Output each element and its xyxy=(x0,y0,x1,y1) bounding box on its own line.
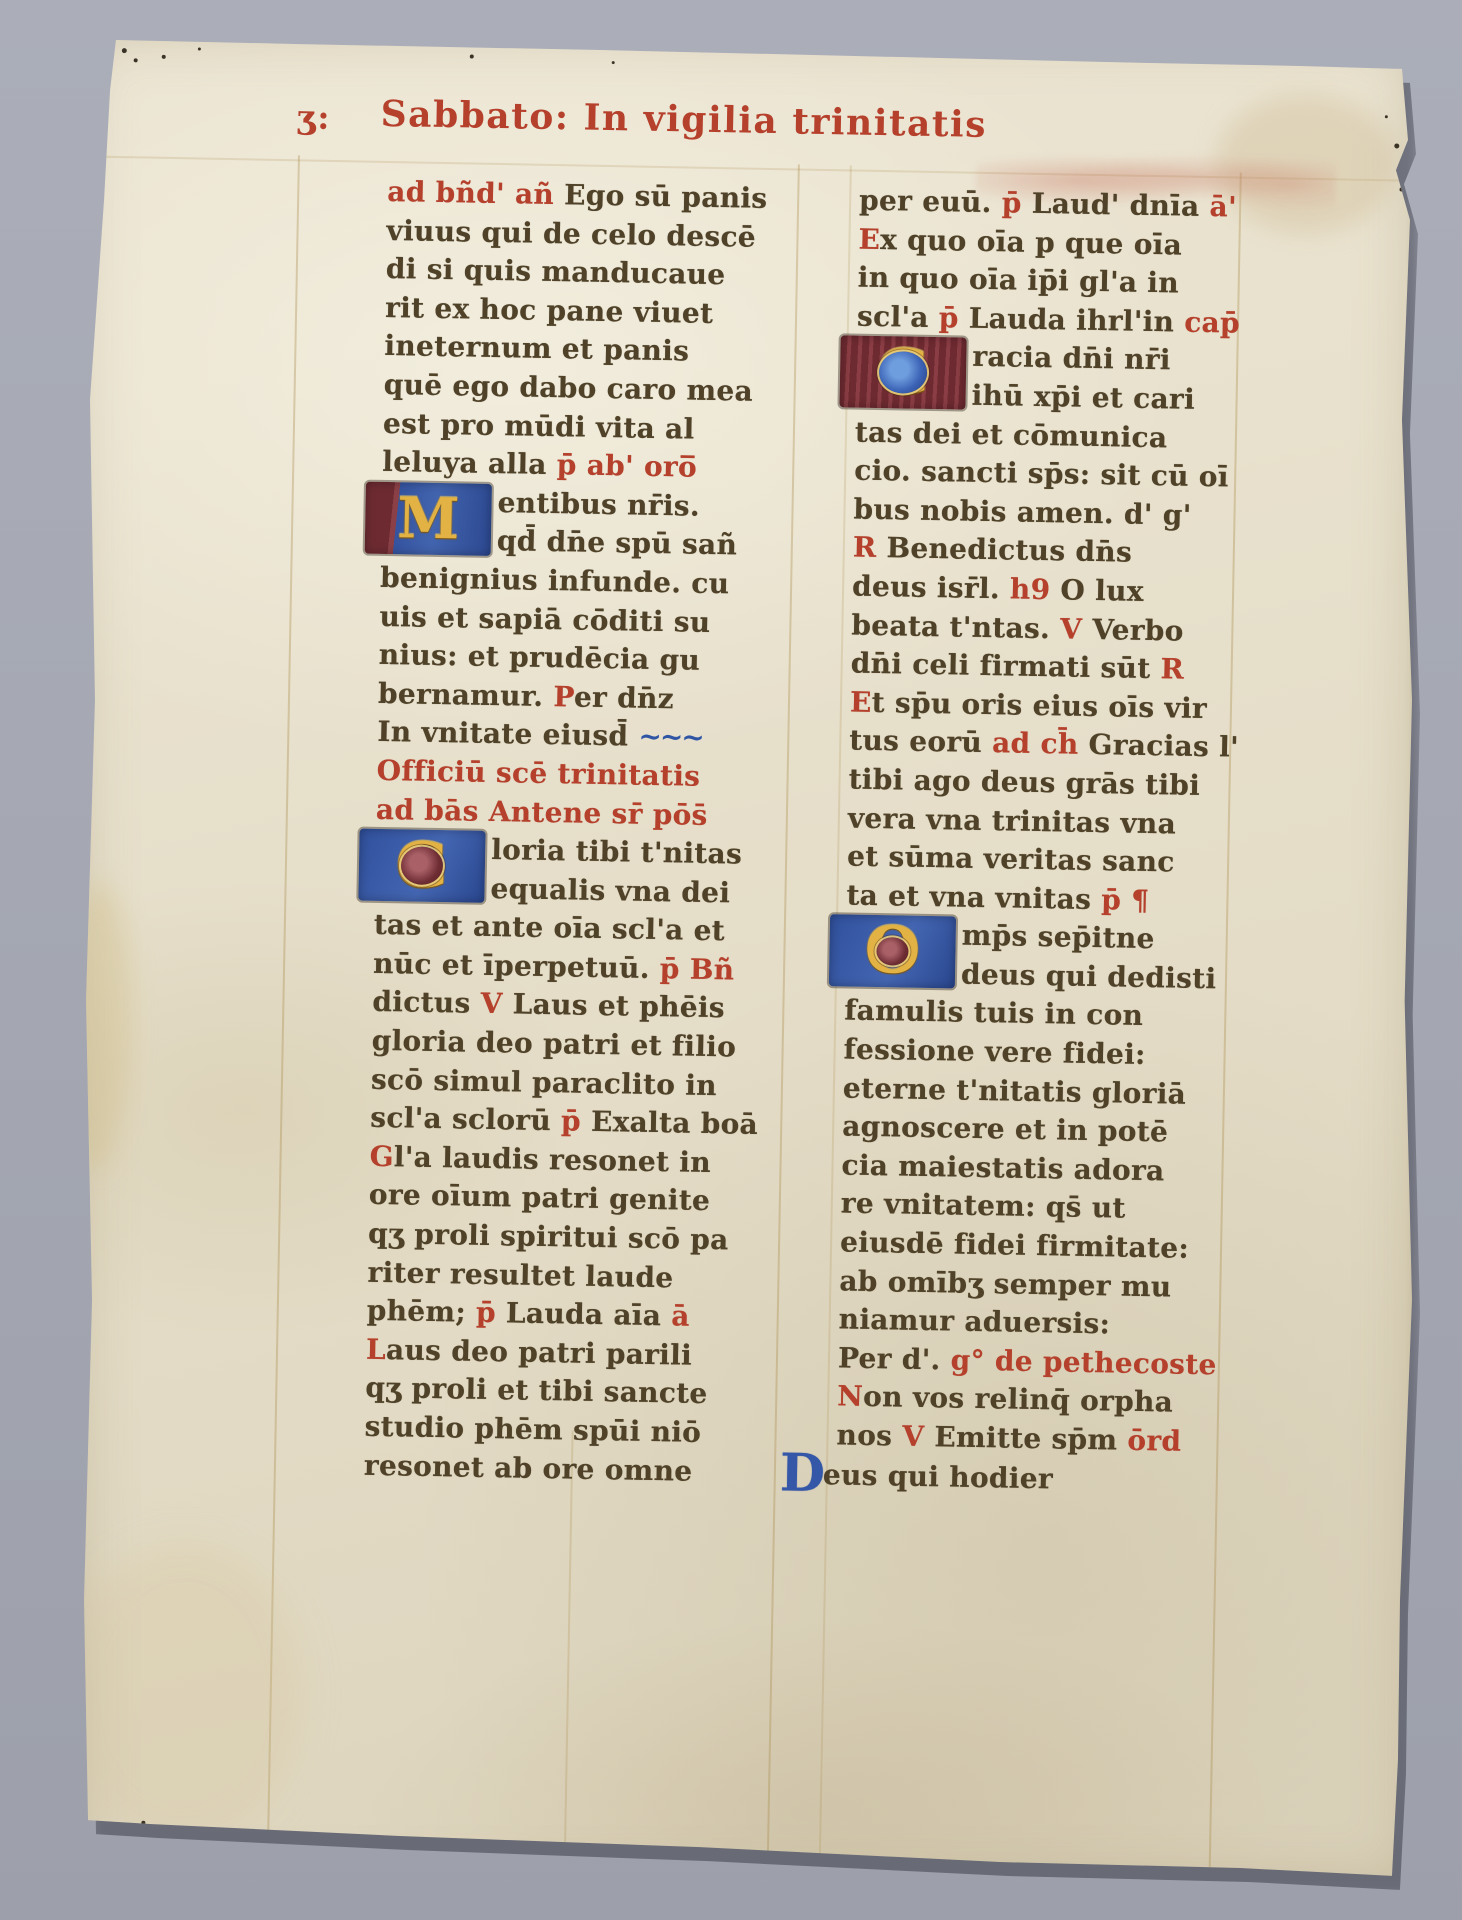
text-segment: gloria deo patri et filio xyxy=(371,1024,736,1064)
text-segment: D xyxy=(779,1442,823,1504)
text-segment: vera vna trinitas vna xyxy=(848,801,1177,840)
text-segment: bus nobis amen. d' g' xyxy=(853,492,1192,531)
text-line: cia maiestatis adora xyxy=(841,1146,1206,1191)
text-segment: cap̄ xyxy=(1184,305,1240,339)
text-segment: dictus xyxy=(372,985,481,1020)
edge-speck xyxy=(162,55,166,59)
text-column-left: ad bñd' añ Ego sū panisviuus qui de celo… xyxy=(364,173,812,1493)
text-segment: ~~~ xyxy=(638,720,703,754)
text-segment: Ego sū panis xyxy=(564,178,768,215)
text-segment: deus isr̄l. xyxy=(852,569,1010,605)
text-line: re vnitatem: qs̄ ut xyxy=(840,1185,1205,1230)
text-segment: scl'a sclorū xyxy=(370,1101,561,1137)
text-column-right: per euū. p̄ Laud' dnīa ā'Ex quo oīa p qu… xyxy=(836,182,1224,1501)
text-segment: L xyxy=(366,1333,387,1366)
text-segment: tas et ante oīa scl'a et xyxy=(374,908,726,947)
text-line: ihū xp̄i et cari xyxy=(855,375,1220,420)
text-line: Ex quo oīa p que oīa xyxy=(858,220,1223,265)
edge-speck xyxy=(80,699,83,702)
text-segment: qʒ proli et tibi sancte xyxy=(365,1371,708,1410)
text-segment: Per d'. xyxy=(838,1341,951,1376)
text-segment: entibus nr̄is. xyxy=(497,486,700,523)
text-segment: ad bñd' añ xyxy=(387,175,564,211)
text-line: in quo oīa ip̄i gl'a in xyxy=(857,259,1222,304)
text-segment: beata t'ntas. xyxy=(851,608,1060,645)
text-line: eiusdē fidei firmitate: xyxy=(840,1223,1205,1268)
text-segment: er dn̄z xyxy=(574,680,675,715)
text-segment: agnoscere et in potē xyxy=(842,1110,1168,1149)
text-segment: Laus et phēis xyxy=(512,988,725,1025)
edge-speck xyxy=(1026,1885,1030,1889)
text-segment: mp̄s sep̄itne xyxy=(961,919,1154,956)
text-segment: l'a laudis resonet in xyxy=(394,1140,712,1179)
text-segment: p̄ xyxy=(476,1296,507,1330)
text-segment: h9 xyxy=(1010,572,1061,606)
edge-speck xyxy=(1394,143,1399,148)
edge-speck xyxy=(134,58,138,62)
edge-speck xyxy=(1178,1886,1182,1890)
text-segment: P xyxy=(553,680,574,713)
text-segment: quē ego dabo caro mea xyxy=(383,368,753,408)
ruling-line xyxy=(564,1431,574,1867)
text-line: nos V Emitte sp̄m ōrd xyxy=(836,1416,1201,1461)
text-segment: re vnitatem: qs̄ ut xyxy=(841,1187,1126,1225)
text-segment: scō simul paraclito in xyxy=(371,1062,717,1101)
text-segment: tus eorū xyxy=(849,724,992,760)
ruling-line xyxy=(267,155,300,1867)
text-segment: E xyxy=(858,222,880,255)
text-segment: V xyxy=(480,987,513,1021)
text-segment: ihū xp̄i et cari xyxy=(971,379,1195,416)
text-segment: E xyxy=(850,685,872,718)
text-line: agnoscere et in potē xyxy=(842,1108,1207,1153)
text-line: beata t'ntas. V Verbo xyxy=(851,606,1216,651)
text-segment: R xyxy=(1160,652,1184,685)
text-segment: riter resultet laude xyxy=(367,1255,673,1294)
text-segment: Verbo xyxy=(1092,612,1184,647)
text-segment: In vnitate eiusd̄ xyxy=(377,715,639,753)
text-segment: ōrd xyxy=(1127,1424,1182,1458)
text-segment: fessione vere fidei: xyxy=(843,1033,1146,1072)
text-segment: ad ch̄ xyxy=(992,726,1089,761)
text-segment: phēm; xyxy=(366,1294,476,1329)
text-segment: loria tibi t'nitas xyxy=(491,833,742,871)
text-segment: p̄ xyxy=(939,301,970,335)
edge-speck xyxy=(1385,115,1388,118)
text-line: deus qui dedisti xyxy=(845,953,1210,998)
text-segment: leluya alla xyxy=(382,445,557,481)
text-segment: di si quis manducaue xyxy=(386,252,726,291)
text-segment: eiusdē fidei firmitate: xyxy=(840,1225,1189,1264)
text-segment: deus qui dedisti xyxy=(961,957,1217,995)
text-segment: est pro mūdi vita al xyxy=(383,406,695,445)
text-segment: tas dei et cōmunica xyxy=(855,415,1168,454)
text-segment: ore oīum patri genite xyxy=(369,1178,711,1217)
edge-speck xyxy=(612,61,615,64)
edge-speck xyxy=(94,256,98,260)
text-segment: niamur aduersis: xyxy=(838,1303,1110,1341)
text-segment: on vos relinq̄ orpha xyxy=(863,1380,1174,1419)
text-segment: p̄ Bñ xyxy=(660,952,735,986)
text-line: Deus qui hodier xyxy=(836,1455,1201,1500)
text-segment: g° de pethecoste xyxy=(950,1343,1217,1381)
text-segment: in quo oīa ip̄i gl'a in xyxy=(858,261,1180,300)
text-segment: qd̄ dn̄e spū sañ xyxy=(497,524,738,561)
text-segment: nius: et prudēcia gu xyxy=(379,638,701,677)
text-line: cio. sancti sp̄s: sit cū oī xyxy=(854,452,1219,497)
text-segment: Lauda aīa xyxy=(506,1297,672,1333)
text-segment: Lauda ihrl'in xyxy=(968,301,1184,338)
text-segment: p̄ xyxy=(1002,186,1033,220)
text-segment: ā xyxy=(671,1300,690,1333)
text-line: famulis tuis in con xyxy=(844,992,1209,1037)
text-line: eterne t'nitatis gloriā xyxy=(843,1069,1208,1114)
text-line: tus eorū ad ch̄ Gracias l' xyxy=(849,722,1214,767)
text-segment: cio. sancti sp̄s: sit cū oī xyxy=(854,454,1229,494)
text-line: niamur aduersis: xyxy=(838,1301,1203,1346)
text-segment: ab omībʒ semper mu xyxy=(839,1264,1172,1303)
text-segment: aus deo patri parili xyxy=(386,1333,693,1372)
text-segment: O lux xyxy=(1060,573,1144,608)
manuscript-leaf: ʒ: Sabbato: In vigilia trinitatis ad bñd… xyxy=(78,32,1414,1888)
text-segment: Benedictus dn̄s xyxy=(886,532,1132,569)
text-segment: benignius infunde. cu xyxy=(380,561,730,600)
edge-speck xyxy=(1142,1891,1145,1894)
text-segment: Laud' dnīa xyxy=(1031,187,1209,223)
text-segment: ad bās Antene sr̄ pōs̄ xyxy=(376,792,708,831)
text-line: dn̄i celi firmati sūt R xyxy=(850,645,1215,690)
text-segment: G xyxy=(369,1140,394,1173)
text-line: bus nobis amen. d' g' xyxy=(853,490,1218,535)
text-segment: racia dn̄i nr̄i xyxy=(972,340,1171,377)
text-segment: tibi ago deus grās tibi xyxy=(848,762,1200,801)
text-segment: Officiū scē trinitatis xyxy=(376,754,700,793)
text-segment: ā' xyxy=(1209,190,1237,223)
text-segment: uis et sapiā cōditi su xyxy=(379,599,711,638)
text-segment: R xyxy=(853,531,887,565)
text-segment: ineternum et panis xyxy=(384,329,689,368)
edge-speck xyxy=(1088,1888,1093,1893)
text-segment: t sp̄u oris eius oīs vir xyxy=(871,686,1207,725)
text-segment: qʒ proli spiritui scō pa xyxy=(368,1217,729,1257)
text-line: et sūma veritas sanc xyxy=(847,838,1212,883)
text-segment: V xyxy=(902,1420,935,1454)
text-segment: resonet ab ore omne xyxy=(364,1448,693,1487)
text-segment: viuus qui de celo descē xyxy=(386,214,756,254)
text-segment: p̄ xyxy=(561,1105,592,1139)
text-segment: per euū. xyxy=(859,184,1002,220)
text-segment: rit ex hoc pane viuet xyxy=(385,291,714,330)
text-segment: famulis tuis in con xyxy=(844,994,1143,1032)
text-segment: bernamur. xyxy=(378,677,554,713)
text-line: R Benedictus dn̄s xyxy=(852,529,1217,574)
text-segment: scl'a xyxy=(857,299,939,333)
edge-speck xyxy=(970,1880,975,1885)
text-segment: equalis vna dei xyxy=(490,872,730,909)
text-line: Et sp̄u oris eius oīs vir xyxy=(850,683,1215,728)
edge-speck xyxy=(470,54,474,58)
text-line: vera vna trinitas vna xyxy=(848,799,1213,844)
text-line: ab omībʒ semper mu xyxy=(839,1262,1204,1307)
text-line: fessione vere fidei: xyxy=(843,1031,1208,1076)
text-line: per euū. p̄ Laud' dnīa ā' xyxy=(859,182,1224,227)
text-segment: x quo oīa p que oīa xyxy=(880,223,1183,262)
text-segment: Exalta boā xyxy=(591,1105,759,1141)
text-line: deus isr̄l. h9 O lux xyxy=(852,567,1217,612)
edge-speck xyxy=(198,47,201,50)
page-title: Sabbato: In vigilia trinitatis xyxy=(380,93,987,146)
text-segment: ta et vna vnitas xyxy=(846,878,1101,916)
text-line: tibi ago deus grās tibi xyxy=(848,760,1213,805)
text-segment: et sūma veritas sanc xyxy=(847,840,1175,879)
text-segment: Emitte sp̄m xyxy=(934,1420,1128,1457)
text-segment: eterne t'nitatis gloriā xyxy=(843,1071,1187,1110)
text-segment: dn̄i celi firmati sūt xyxy=(850,647,1160,686)
text-segment: cia maiestatis adora xyxy=(841,1148,1165,1187)
text-segment: nūc et īperpetuū. xyxy=(373,947,660,985)
text-line: tas dei et cōmunica xyxy=(855,413,1220,458)
text-segment: V xyxy=(1060,612,1093,646)
vellum-stain xyxy=(59,881,134,1172)
text-segment: studio phēm spūi niō xyxy=(364,1410,701,1449)
text-segment: nos xyxy=(836,1418,902,1452)
page-content: ʒ: Sabbato: In vigilia trinitatis ad bñd… xyxy=(44,31,1414,1911)
text-segment: p̄ ab' oro̅ xyxy=(557,448,698,484)
text-segment: Gracias l' xyxy=(1088,728,1239,764)
text-line: resonet ab ore omne xyxy=(364,1446,789,1492)
text-segment: N xyxy=(837,1380,864,1413)
edge-speck xyxy=(122,48,127,53)
text-segment: eus qui hodier xyxy=(823,1458,1054,1495)
text-line: Per d'. g° de pethecoste xyxy=(838,1339,1203,1384)
text-line: Non vos relinq̄ orpha xyxy=(837,1378,1202,1423)
text-segment: p̄ ¶ xyxy=(1101,883,1150,917)
manuscript-photo: { "colors": { "background": "#a5a8b3", "… xyxy=(0,0,1462,1920)
header-paraph: ʒ: xyxy=(296,97,332,137)
